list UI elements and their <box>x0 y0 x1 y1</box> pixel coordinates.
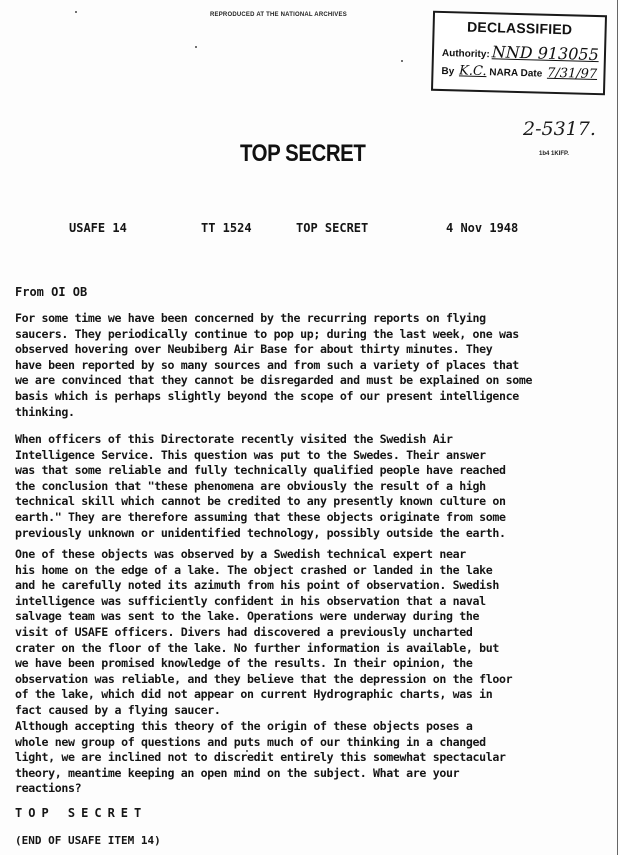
from-line: From OI OB <box>15 285 87 299</box>
stamp-authority-value: NND 913055 <box>492 42 599 64</box>
scan-speck <box>246 750 248 752</box>
declassified-stamp: DECLASSIFIED Authority:NND 913055 By K.C… <box>431 11 607 96</box>
page-edge <box>617 0 618 855</box>
stamp-authority-row: Authority:NND 913055 <box>442 41 599 64</box>
message-classification: TOP SECRET <box>296 221 368 235</box>
stamp-by-value: K.C. <box>459 63 487 79</box>
paragraph-2: When officers of this Directorate recent… <box>15 432 600 541</box>
paragraph-3: One of these objects was observed by a S… <box>15 547 600 719</box>
archive-header: REPRODUCED AT THE NATIONAL ARCHIVES <box>210 12 347 18</box>
stamp-by-row: By K.C. NARA Date 7/31/97 <box>441 63 597 82</box>
paragraph-1: For some time we have been concerned by … <box>15 311 600 420</box>
message-origin: USAFE 14 <box>69 221 127 235</box>
stamp-nara-date-value: 7/31/97 <box>547 66 598 82</box>
message-id: TT 1524 <box>201 221 252 235</box>
footer-classification: TOP SECRET <box>15 806 147 820</box>
scan-speck <box>195 46 197 48</box>
small-annotation: 1b4 1KIFP. <box>539 151 569 157</box>
stamp-title: DECLASSIFIED <box>434 18 604 38</box>
classification-title: TOP SECRET <box>240 140 365 168</box>
scan-speck <box>75 11 77 13</box>
scan-speck <box>401 60 403 62</box>
footer-end-marker: (END OF USAFE ITEM 14) <box>15 834 161 847</box>
stamp-authority-label: Authority <box>442 48 487 60</box>
paragraph-4: Although accepting this theory of the or… <box>15 719 600 797</box>
handwritten-reference-number: 2-5317. <box>523 118 596 140</box>
stamp-nara-date-label: NARA Date <box>489 67 542 79</box>
document-page: REPRODUCED AT THE NATIONAL ARCHIVES DECL… <box>0 0 620 855</box>
message-date: 4 Nov 1948 <box>446 221 518 235</box>
stamp-by-label: By <box>441 66 454 77</box>
